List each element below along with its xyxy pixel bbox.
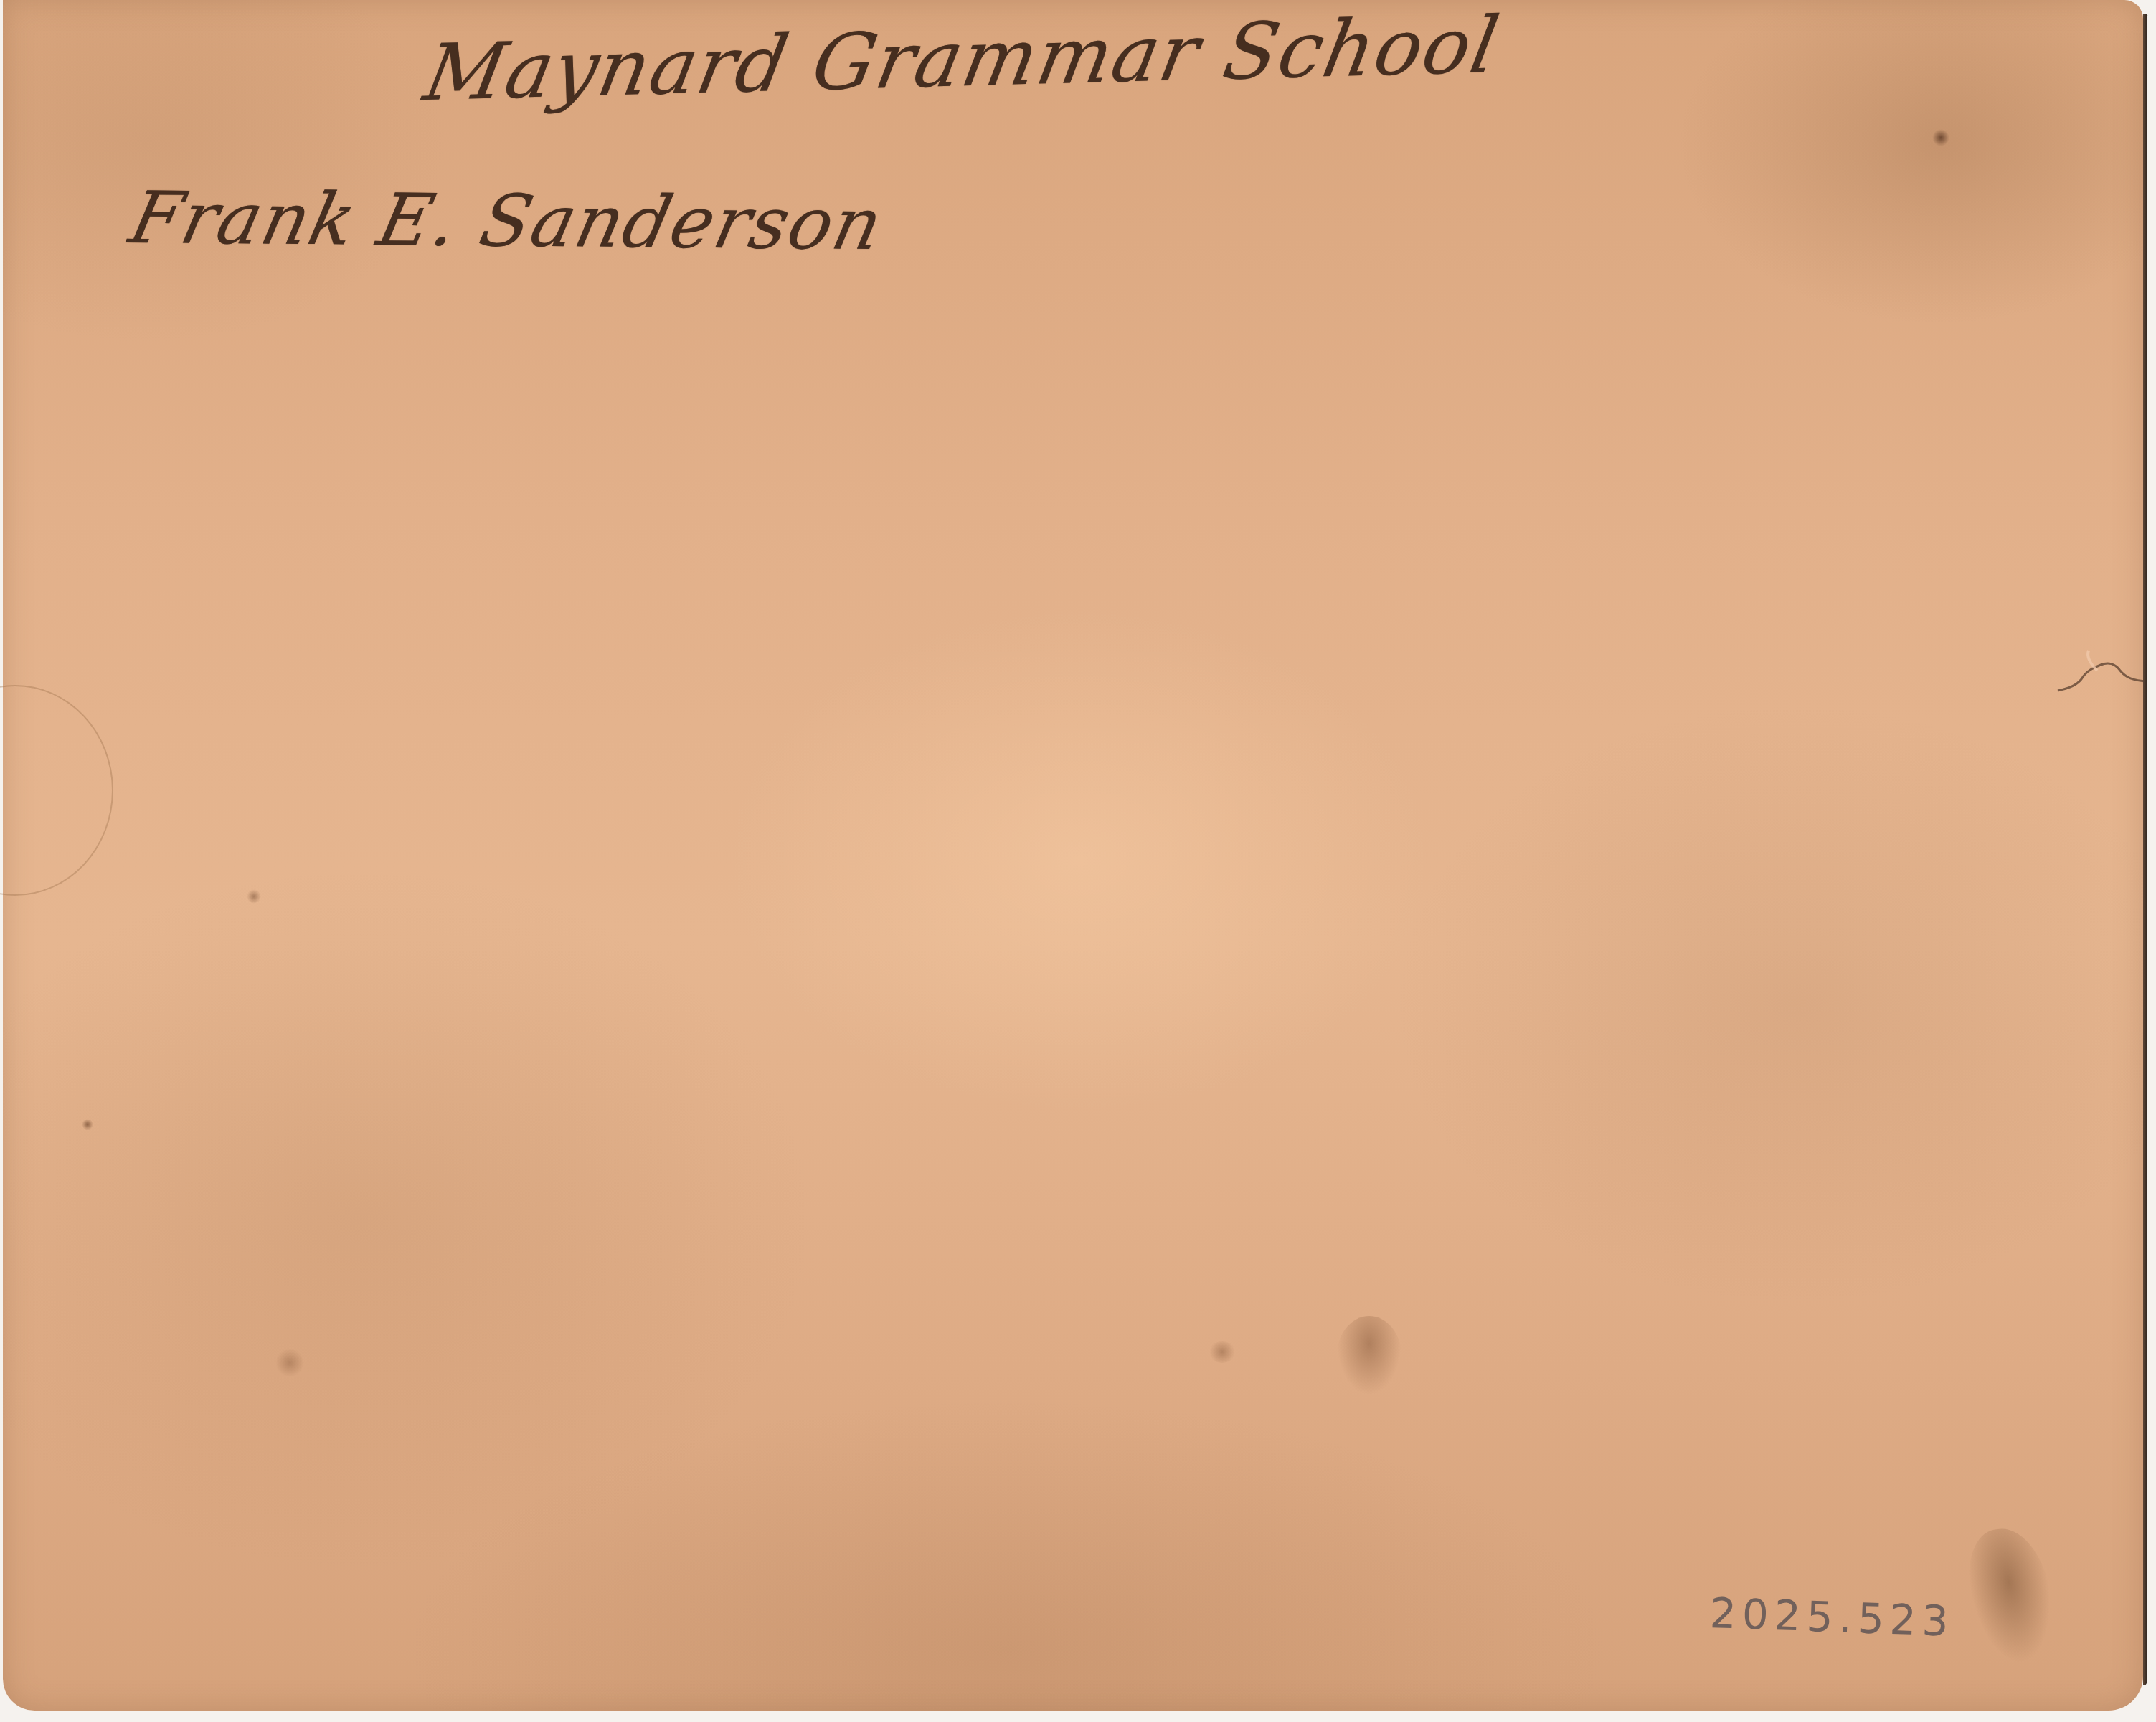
water-stain <box>1337 1316 1401 1395</box>
foxing-spot <box>82 1119 93 1130</box>
name-inscription: Frank E. Sanderson <box>123 176 891 266</box>
foxing-spot <box>1208 1341 1237 1363</box>
accession-number: 2025.523 <box>1709 1589 1955 1646</box>
foxing-spot <box>1932 129 1949 146</box>
foxing-spot <box>275 1348 304 1377</box>
photo-mount-card: Maynard Grammar School Frank E. Sanderso… <box>3 0 2143 1711</box>
edge-tear <box>2054 649 2147 699</box>
water-stain <box>1960 1522 2061 1670</box>
school-inscription: Maynard Grammar School <box>417 1 1506 119</box>
scan-background: Maynard Grammar School Frank E. Sanderso… <box>0 0 2156 1722</box>
foxing-spot <box>247 889 261 904</box>
circular-impression <box>0 685 113 896</box>
